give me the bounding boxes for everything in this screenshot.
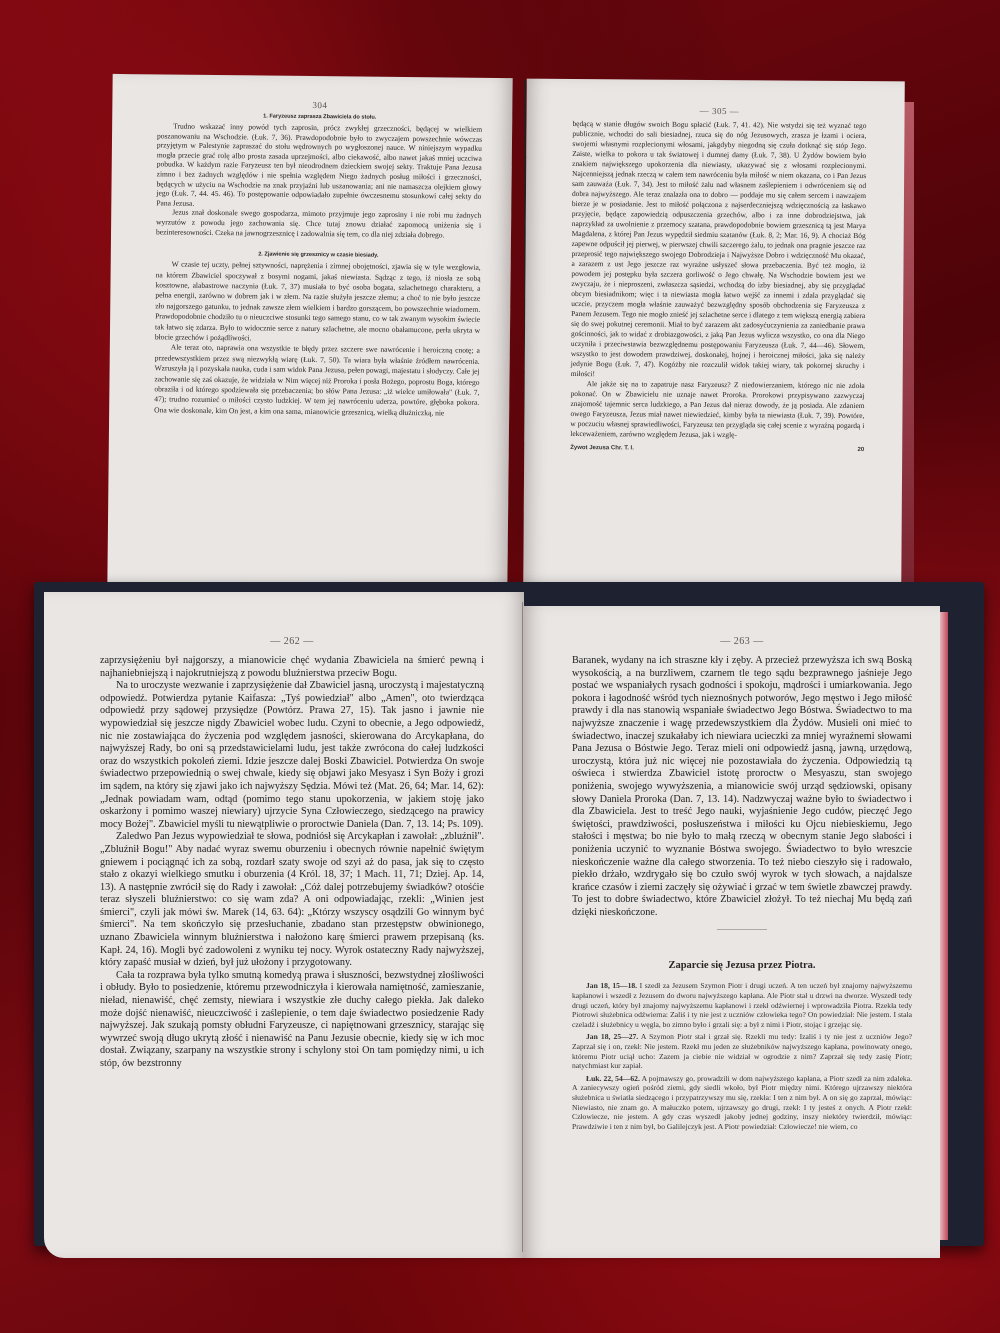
page-262: — 262 — zaprzysiężeniu był najgorszy, a … [44,592,524,1258]
page-number: — 305 — [573,105,867,117]
page-305: — 305 — będącą w stanie długów swoich Bo… [523,79,905,594]
page-number: — 262 — [100,636,484,647]
spine-stitching [522,602,523,1252]
top-book: 304 1. Faryzeusz zaprasza Zbawiciela do … [140,72,940,612]
page-body: Trudno wskazać inny powód tych zaprosin,… [156,121,482,240]
gospel-passage: Jan 18, 25—27. A Szymon Piotr stał i grz… [572,1032,912,1070]
paragraph: będącą w stanie długów swoich Bogu spłac… [571,119,867,381]
page-body: będącą w stanie długów swoich Bogu spłac… [570,119,866,441]
paragraph: Zaledwo Pan Jezus wypowiedział te słowa,… [100,831,484,970]
footer-signature: 20 [857,447,864,453]
bottom-book-page-edge-right [940,612,948,1240]
passage-reference: Jan 18, 15—18. [586,981,637,990]
paragraph: W czasie tej uczty, pełnej sztywności, n… [155,260,481,347]
paragraph: zaprzysiężeniu był najgorszy, a mianowic… [100,655,484,680]
paragraph: Trudno wskazać inny powód tych zaprosin,… [156,121,482,211]
section-title: 1. Faryzeusz zaprasza Zbawiciela do stoł… [157,112,482,121]
paragraph: Cała ta rozprawa była tylko smutną komed… [100,970,484,1071]
page-263: — 263 — Baranek, wydany na ich straszne … [524,606,940,1258]
page-body: W czasie tej uczty, pełnej sztywności, n… [154,260,481,419]
passage-reference: Jan 18, 25—27. [586,1032,638,1041]
gospel-passage: Łuk. 22, 54—62. A pojmawszy go, prowadzi… [572,1074,912,1132]
page-number: — 263 — [572,636,912,647]
page-304: 304 1. Faryzeusz zaprasza Zbawiciela do … [107,74,512,590]
page-body: zaprzysiężeniu był najgorszy, a mianowic… [100,655,484,1071]
paragraph: Ale jakże się na to zapatruje nasz Faryz… [570,379,864,441]
footer-book-title: Żywot Jezusa Chr. T. I. [570,445,634,451]
page-number: 304 [157,98,482,111]
page-footer: Żywot Jezusa Chr. T. I. 20 [570,445,864,453]
section-title: Zaparcie się Jezusa przez Piotra. [572,960,912,971]
paragraph: Ale teraz oto, naprawia ona wszystkie te… [154,343,480,419]
section-divider [717,929,767,930]
paragraph: Jezus znał doskonale swego gospodarza, m… [156,208,481,240]
passage-reference: Łuk. 22, 54—62. [586,1074,640,1083]
section-title: 2. Zjawienie się grzesznicy w czasie bie… [156,251,481,260]
paragraph: Na to uroczyste wezwanie i zaprzysiężeni… [100,680,484,831]
gospel-passages: Jan 18, 15—18. I szedł za Jezusem Szymon… [572,981,912,1131]
page-body: Baranek, wydany na ich straszne kły i zę… [572,655,912,919]
gospel-passage: Jan 18, 15—18. I szedł za Jezusem Szymon… [572,981,912,1029]
paragraph: Baranek, wydany na ich straszne kły i zę… [572,655,912,919]
bottom-book: — 262 — zaprzysiężeniu był najgorszy, a … [40,582,990,1262]
